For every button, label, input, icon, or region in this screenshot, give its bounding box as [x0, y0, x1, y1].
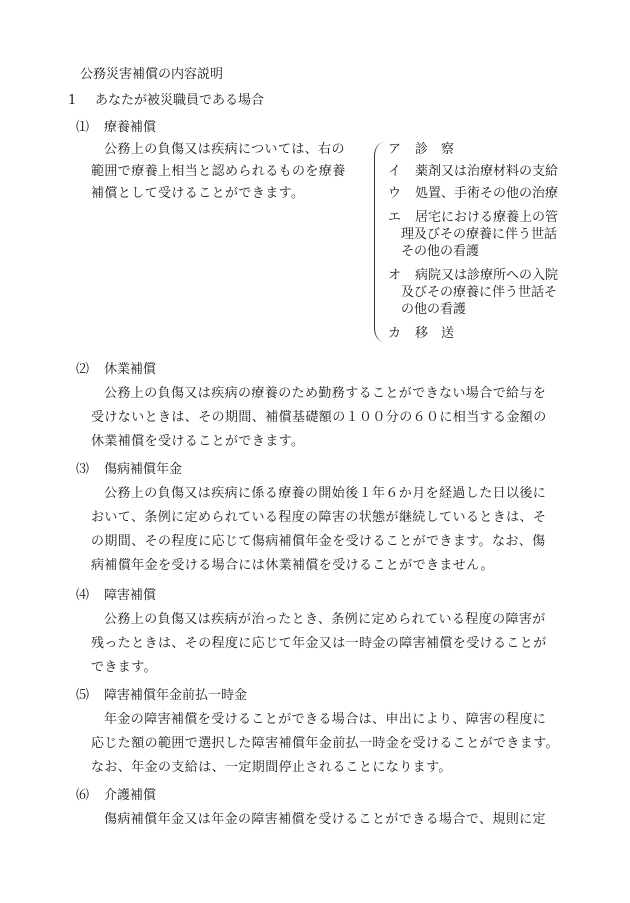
item-number: ⑷ — [76, 588, 89, 604]
item-heading: 障害補償年金前払一時金 — [104, 688, 247, 704]
list-item: 処置、手術その他の治療 — [415, 186, 558, 202]
body-line: 公務上の負傷又は疾病に係る療養の開始後１年６か月を経過した日以後に — [104, 486, 546, 502]
section-heading: あなたが被災職員である場合 — [95, 93, 264, 109]
list-label: イ — [388, 164, 401, 180]
item-heading: 療養補償 — [104, 120, 156, 136]
body-line: 残ったときは、その程度に応じて年金又は一時金の障害補償を受けることが — [91, 636, 547, 652]
item-number: ⑹ — [76, 788, 89, 804]
list-item-cont: の他の看護 — [401, 302, 466, 318]
left-bracket — [374, 142, 385, 342]
list-label: ウ — [388, 186, 401, 202]
list-label: カ — [388, 326, 401, 342]
document-title: 公務災害補償の内容説明 — [80, 67, 223, 83]
body-line: 補償として受けることができます。 — [91, 186, 304, 202]
list-item-cont: その他の看護 — [401, 244, 479, 260]
body-line: おいて、条例に定められている程度の障害の状態が継続しているときは、そ — [91, 510, 546, 526]
body-line: 公務上の負傷又は疾病が治ったとき、条例に定められている程度の障害が — [104, 612, 546, 628]
item-number: ⑸ — [76, 688, 89, 704]
list-label: ア — [388, 142, 401, 158]
body-line: なお、年金の支給は、一定期間停止されることになります。 — [91, 760, 452, 776]
item-number: ⑶ — [76, 462, 89, 478]
item-heading: 介護補償 — [104, 788, 156, 804]
list-item: 居宅における療養上の管 — [415, 210, 558, 226]
body-line: 公務上の負傷又は疾病については、右の — [104, 142, 345, 158]
list-label: エ — [388, 210, 401, 226]
body-line: 応じた額の範囲で選択した障害補償年金前払一時金を受けることができます。 — [91, 736, 559, 752]
list-label: オ — [388, 268, 401, 284]
body-line: 病補償年金を受ける場合には休業補償を受けることができません。 — [91, 558, 494, 574]
list-item: 薬剤又は治療材料の支給 — [415, 164, 558, 180]
list-item: 移 送 — [415, 326, 454, 342]
body-line: 傷病補償年金又は年金の障害補償を受けることができる場合で、規則に定 — [104, 812, 546, 828]
body-line: の期間、その程度に応じて傷病補償年金を受けることができます。なお、傷 — [91, 534, 546, 550]
section-number: 1 — [68, 93, 76, 109]
item-number: ⑴ — [76, 120, 89, 136]
list-item-cont: 及びその療養に伴う世話そ — [401, 285, 557, 301]
list-item: 病院又は診療所への入院 — [415, 268, 558, 284]
body-line: 受けないときは、その期間、補償基礎額の１００分の６０に相当する金額の — [91, 410, 547, 426]
body-line: 休業補償を受けることができます。 — [91, 434, 304, 450]
item-heading: 休業補償 — [104, 362, 156, 378]
body-line: できます。 — [91, 660, 157, 676]
body-line: 年金の障害補償を受けることができる場合は、申出により、障害の程度に — [104, 712, 546, 728]
list-item: 診 察 — [415, 142, 454, 158]
item-heading: 傷病補償年金 — [104, 462, 182, 478]
item-heading: 障害補償 — [104, 588, 156, 604]
body-line: 範囲で療養上相当と認められるものを療養 — [91, 164, 346, 180]
body-line: 公務上の負傷又は疾病の療養のため勤務することができない場合で給与を — [104, 386, 546, 402]
list-item-cont: 理及びその療養に伴う世話 — [401, 227, 557, 243]
item-number: ⑵ — [76, 362, 89, 378]
